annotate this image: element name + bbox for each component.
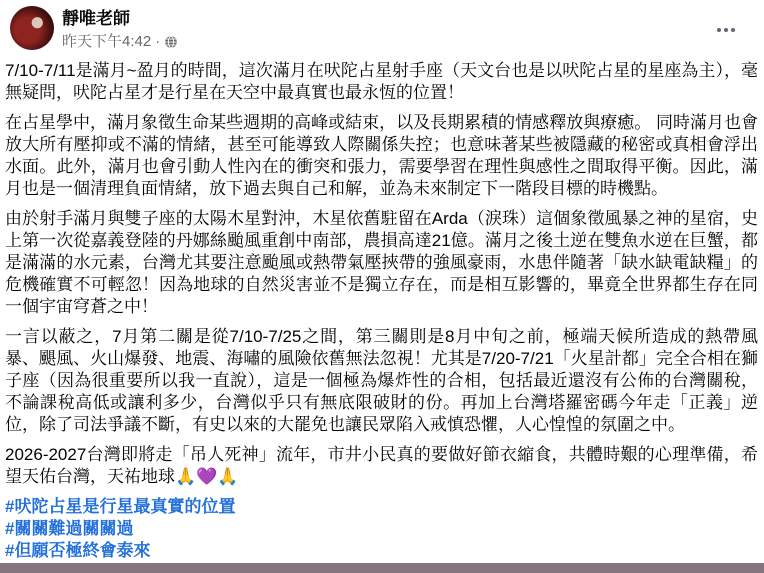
hashtag-link[interactable]: #關關難過關關過 <box>5 518 758 540</box>
post-meta: 昨天下午4:42 · <box>62 32 178 51</box>
post-paragraph: 7/10-7/11是滿月~盈月的時間，這次滿月在吠陀占星射手座（天文台也是以吠陀… <box>5 60 758 104</box>
post-body: 7/10-7/11是滿月~盈月的時間，這次滿月在吠陀占星射手座（天文台也是以吠陀… <box>0 58 764 488</box>
author-name[interactable]: 靜唯老師 <box>62 8 178 29</box>
post-paragraph: 一言以蔽之，7月第二關是從7/10-7/25之間，第三關則是8月中旬之前，極端天… <box>5 326 758 436</box>
ellipsis-dot <box>717 28 721 32</box>
hashtag-link[interactable]: #吠陀占星是行星最真實的位置 <box>5 496 758 518</box>
ellipsis-dot <box>731 28 735 32</box>
timestamp[interactable]: 昨天下午4:42 <box>62 32 151 51</box>
hashtag-link[interactable]: #但願否極終會泰來 <box>5 540 758 562</box>
meta-separator: · <box>155 32 160 51</box>
post-paragraph: 由於射手滿月與雙子座的太陽木星對沖，木星依舊駐留在Arda（淚珠）這個象徵風暴之… <box>5 208 758 318</box>
avatar[interactable] <box>10 6 54 50</box>
bottom-bar <box>0 563 764 573</box>
post-paragraph: 在占星學中，滿月象徵生命某些週期的高峰或結束，以及長期累積的情感釋放與療癒。 同… <box>5 112 758 200</box>
header-text: 靜唯老師 昨天下午4:42 · <box>62 6 178 51</box>
more-options-button[interactable] <box>710 18 742 42</box>
facebook-post: 靜唯老師 昨天下午4:42 · <box>0 0 764 573</box>
hashtag-list: #吠陀占星是行星最真實的位置 #關關難過關關過 #但願否極終會泰來 <box>0 496 764 562</box>
ellipsis-dot <box>724 28 728 32</box>
globe-icon <box>164 35 178 49</box>
post-paragraph: 2026-2027台灣即將走「吊人死神」流年，市井小民真的要做好節衣縮食，共體時… <box>5 444 758 488</box>
post-header: 靜唯老師 昨天下午4:42 · <box>0 0 764 58</box>
